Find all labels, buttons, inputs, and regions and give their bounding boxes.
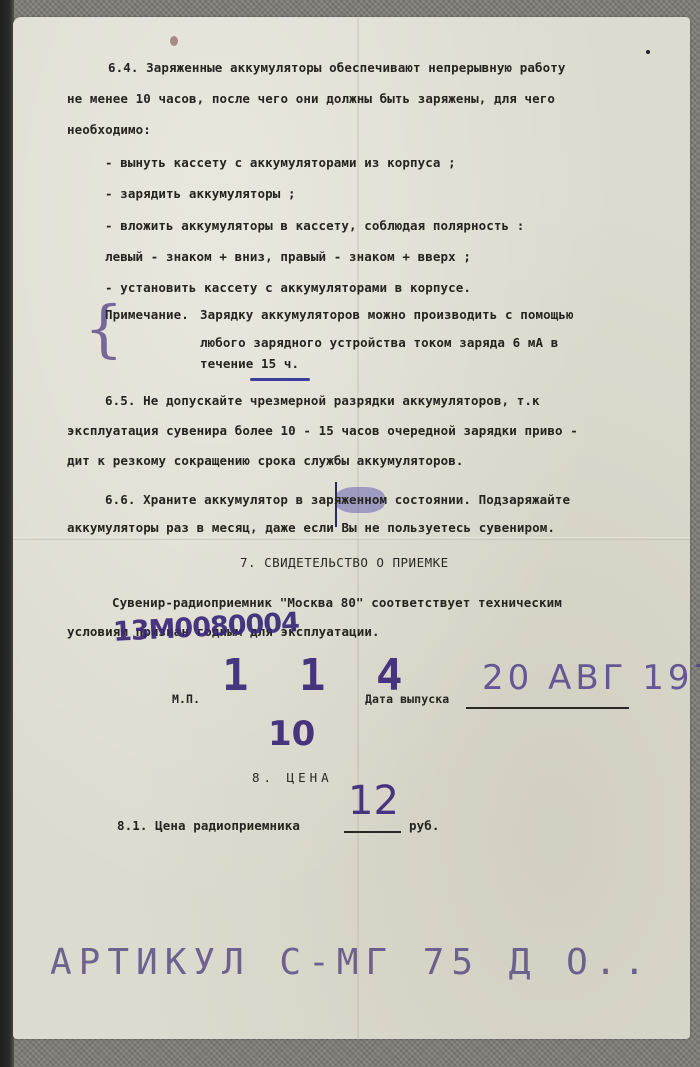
- step-item: - зарядить аккумуляторы ;: [105, 186, 296, 201]
- release-date-stamp: 20 АВГ 1979: [482, 658, 700, 698]
- step-item: - вынуть кассету с аккумуляторами из кор…: [105, 155, 456, 170]
- price-label: 8.1. Цена радиоприемника: [117, 818, 300, 833]
- note-line-2: любого зарядного устройства током заряда…: [200, 335, 558, 350]
- price-underline: [344, 831, 401, 833]
- p-6-5-line-2: эксплуатация сувенира более 10 - 15 часо…: [67, 423, 578, 438]
- step-item: - установить кассету с аккумуляторами в …: [105, 280, 471, 295]
- handwritten-underline-mark: [250, 378, 310, 381]
- note-line-3: течение 15 ч.: [200, 356, 299, 371]
- photo-edge-shadow: [0, 0, 14, 1067]
- release-date-underline: [466, 707, 629, 709]
- pin-hole-mark: [170, 36, 178, 46]
- note-label: Примечание.: [105, 307, 189, 322]
- article-number-stamp: АРТИКУЛ С-МГ 75 Д О..: [50, 942, 652, 983]
- step-item: левый - знаком + вниз, правый - знаком +…: [105, 249, 471, 264]
- step-item: - вложить аккумуляторы в кассету, соблюд…: [105, 218, 524, 233]
- price-value-handwritten: 12: [348, 778, 399, 824]
- p-6-5-line-3: дит к резкому сокращению срока службы ак…: [67, 453, 464, 468]
- section-7-heading: 7. СВИДЕТЕЛЬСТВО О ПРИЕМКЕ: [240, 555, 449, 570]
- p-6-6-line-1: 6.6. Храните аккумулятор в заряженном со…: [105, 492, 570, 507]
- p-6-6-line-2: аккумуляторы раз в месяц, даже если Вы н…: [67, 520, 555, 535]
- ink-speck: [646, 50, 650, 54]
- acceptance-line-1: Сувенир-радиоприемник "Москва 80" соотве…: [112, 595, 562, 610]
- horizontal-fold-crease: [13, 537, 690, 540]
- price-unit: руб.: [409, 818, 440, 833]
- release-date-label: Дата выпуска: [365, 692, 449, 706]
- section-8-heading: 8. ЦЕНА: [252, 770, 333, 785]
- p-6-4-line-2: не менее 10 часов, после чего они должны…: [67, 91, 555, 106]
- p-6-5-line-1: 6.5. Не допускайте чрезмерной разрядки а…: [105, 393, 540, 408]
- p-6-4-line-1: 6.4. Заряженные аккумуляторы обеспечиваю…: [108, 60, 566, 75]
- note-line-1: Зарядку аккумуляторов можно производить …: [200, 307, 574, 322]
- p-6-4-line-3: необходимо:: [67, 122, 151, 137]
- inspector-stamp-number: 10: [268, 714, 315, 754]
- mp-label: М.П.: [172, 692, 200, 706]
